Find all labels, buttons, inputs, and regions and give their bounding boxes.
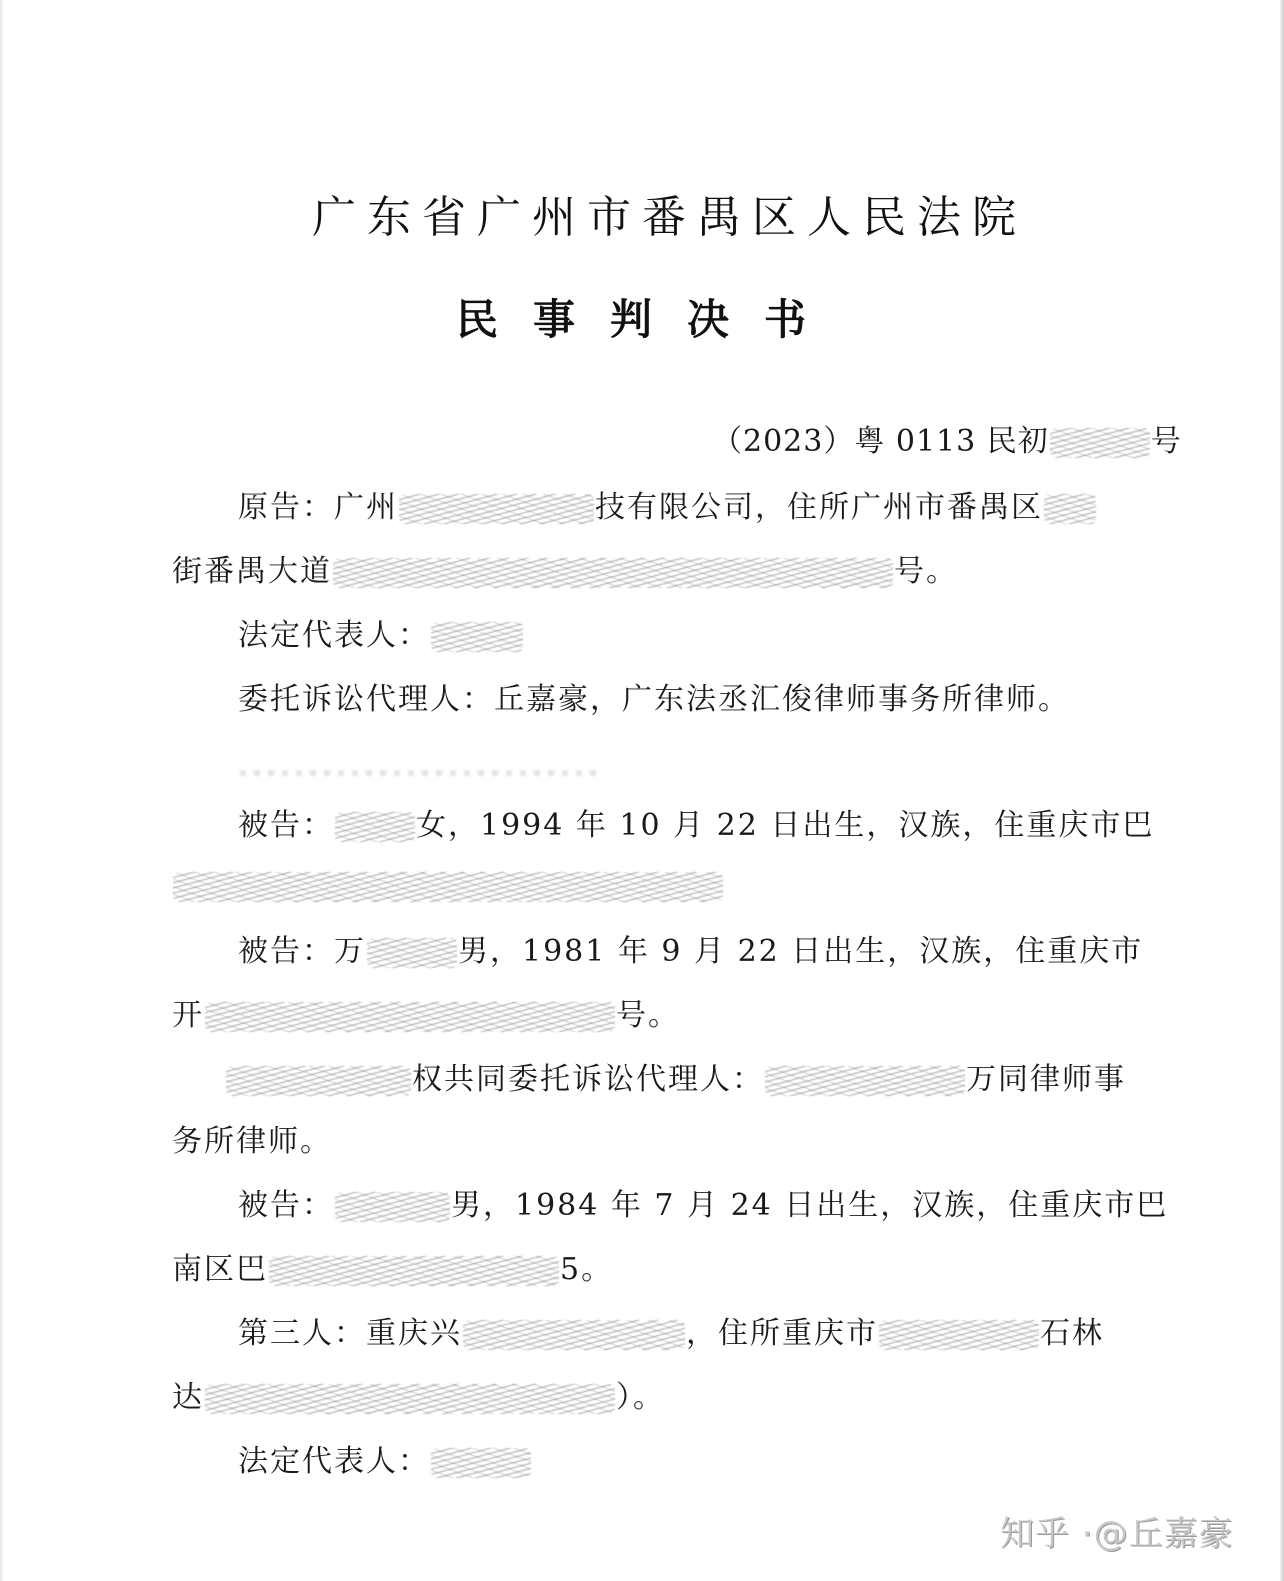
defendant-address-text: 号。 [616,998,680,1033]
zhihu-watermark: 知乎 ·@丘嘉豪 [1000,1506,1234,1555]
redacted-block [463,1320,685,1350]
joint-agent-line-1: 权共同委托诉讼代理人：万同律师事 [225,1060,1126,1100]
plaintiff-text: 技有限公司，住所广州市番禺区 [595,490,1043,525]
plaintiff-text: 原告：广州 [238,490,398,525]
defendant-text: 男，1981 年 9 月 22 日出生，汉族，住重庆市 [458,934,1143,969]
third-party-text: 石林 [1040,1316,1104,1351]
redacted-block [1050,428,1150,458]
defendant-text: 被告： [238,1188,334,1223]
plaintiff-line-1: 原告：广州技有限公司，住所广州市番禺区 [238,488,1097,528]
redacted-block [765,1066,965,1096]
defendant-address-text: 开 [172,998,204,1033]
redacted-block [269,1256,559,1286]
redacted-block [399,494,594,524]
case-number-prefix: （2023）粤 0113 民初 [712,424,1049,459]
redacted-block [335,1192,450,1222]
redacted-block [431,622,523,652]
plaintiff-address-text: 号。 [894,554,958,589]
plaintiff-legal-rep-line: 法定代表人： [238,616,524,656]
third-party-line-1: 第三人：重庆兴，住所重庆市石林 [238,1314,1104,1354]
redacted-block [226,1066,411,1096]
defendant-address-text: 5。 [560,1252,613,1287]
third-party-address-text: 达 [172,1380,204,1415]
defendant-1-line-2 [172,866,724,906]
case-number: （2023）粤 0113 民初号 [712,422,1182,462]
redacted-block [173,872,723,902]
redacted-block [335,812,415,842]
defendant-2-line-1: 被告：万男，1981 年 9 月 22 日出生，汉族，住重庆市 [238,932,1143,972]
redacted-block [367,938,457,968]
joint-agent-line-2: 务所律师。 [172,1122,332,1162]
defendant-2-line-2: 开号。 [172,996,680,1036]
document-type-heading: 民事判决书 [456,292,841,348]
third-party-text: ，住所重庆市 [686,1316,878,1351]
defendant-text: 男，1984 年 7 月 24 日出生，汉族，住重庆市巴 [451,1188,1168,1223]
page-edge-left [0,0,3,1581]
plaintiff-agent-line: 委托诉讼代理人：丘嘉豪，广东法丞汇俊律师事务所律师。 [238,680,1070,720]
third-party-text: 第三人：重庆兴 [238,1316,462,1351]
third-party-address-text: ）。 [616,1380,665,1415]
plaintiff-address-text: 街番禺大道 [172,554,332,589]
plaintiff-line-2: 街番禺大道号。 [172,552,958,592]
defendant-3-line-1: 被告：男，1984 年 7 月 24 日出生，汉族，住重庆市巴 [238,1186,1168,1226]
redacted-block [333,558,893,588]
defendant-text: 女，1994 年 10 月 22 日出生，汉族，住重庆市巴 [416,808,1154,843]
third-party-legal-rep-line: 法定代表人： [238,1442,532,1482]
legal-rep-label: 法定代表人： [238,1444,430,1479]
defendant-address-text: 南区巴 [172,1252,268,1287]
legal-rep-label: 法定代表人： [238,618,430,653]
redacted-block [431,1448,531,1478]
defendant-text: 被告： [238,808,334,843]
page-edge-right [1280,0,1284,1581]
defendant-1-line-1: 被告：女，1994 年 10 月 22 日出生，汉族，住重庆市巴 [238,806,1154,846]
defendant-3-line-2: 南区巴5。 [172,1250,613,1290]
joint-agent-text: 万同律师事 [966,1062,1126,1097]
redacted-block [205,1002,615,1032]
defendant-text: 被告：万 [238,934,366,969]
redacted-block [1044,494,1096,524]
court-name-heading: 广东省广州市番禺区人民法院 [312,190,1027,246]
case-number-suffix: 号 [1151,424,1182,459]
faint-scan-artifact [240,770,600,776]
third-party-line-2: 达）。 [172,1378,665,1418]
joint-agent-text: 权共同委托诉讼代理人： [412,1062,764,1097]
redacted-block [879,1320,1039,1350]
redacted-block [205,1384,615,1414]
